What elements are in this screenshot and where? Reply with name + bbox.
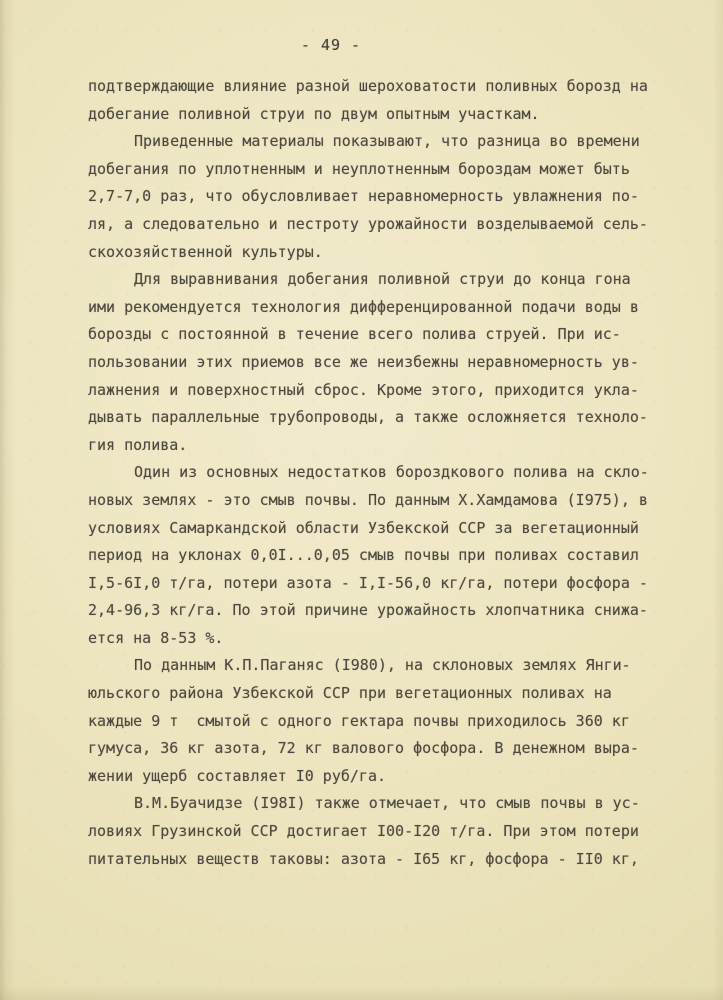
text-line: I,5-6I,0 т/га, потери азота - I,I-56,0 к… bbox=[88, 570, 678, 598]
text-line: подтверждающие влияние разной шероховато… bbox=[88, 73, 678, 101]
text-line: добегания по уплотненным и неуплотненным… bbox=[88, 156, 678, 184]
text-line: ловиях Грузинской ССР достигает I00-I20 … bbox=[88, 818, 678, 846]
text-line: жении ущерб составляет I0 руб/га. bbox=[88, 763, 678, 791]
text-line: лажнения и поверхностный сброс. Кроме эт… bbox=[88, 377, 678, 405]
text-line: По данным К.П.Паганяс (I980), на склонов… bbox=[88, 652, 678, 680]
text-line: 2,4-96,3 кг/га. По этой причине урожайно… bbox=[88, 597, 678, 625]
text-line: условиях Самаркандской области Узбекской… bbox=[88, 515, 678, 543]
text-line: борозды с постоянной в течение всего пол… bbox=[88, 321, 678, 349]
text-line: Один из основных недостатков бороздковог… bbox=[88, 459, 678, 487]
text-line: добегание поливной струи по двум опытным… bbox=[88, 101, 678, 129]
scanned-page: - 49 - подтверждающие влияние разной шер… bbox=[0, 0, 723, 1000]
page-number: - 49 - bbox=[0, 36, 662, 54]
text-line: юльского района Узбекской ССР при вегета… bbox=[88, 680, 678, 708]
text-line: гумуса, 36 кг азота, 72 кг валового фосф… bbox=[88, 735, 678, 763]
text-line: В.М.Буачидзе (I98I) также отмечает, что … bbox=[88, 790, 678, 818]
text-line: каждые 9 т смытой с одного гектара почвы… bbox=[88, 708, 678, 736]
text-line: ется на 8-53 %. bbox=[88, 625, 678, 653]
text-line: ими рекомендуется технология дифференцир… bbox=[88, 294, 678, 322]
text-line: 2,7-7,0 раз, что обусловливает неравноме… bbox=[88, 183, 678, 211]
text-line: питательных веществ таковы: азота - I65 … bbox=[88, 846, 678, 874]
body-text: подтверждающие влияние разной шероховато… bbox=[88, 73, 678, 873]
text-line: период на уклонах 0,0I...0,05 смыв почвы… bbox=[88, 542, 678, 570]
text-line: пользовании этих приемов все же неизбежн… bbox=[88, 349, 678, 377]
text-line: Для выравнивания добегания поливной стру… bbox=[88, 266, 678, 294]
text-line: новых землях - это смыв почвы. По данным… bbox=[88, 487, 678, 515]
text-line: дывать параллельные трубопроводы, а такж… bbox=[88, 404, 678, 432]
text-line: Приведенные материалы показывают, что ра… bbox=[88, 128, 678, 156]
text-line: скохозяйственной культуры. bbox=[88, 239, 678, 267]
text-line: гия полива. bbox=[88, 432, 678, 460]
text-line: ля, а следовательно и пестроту урожайнос… bbox=[88, 211, 678, 239]
